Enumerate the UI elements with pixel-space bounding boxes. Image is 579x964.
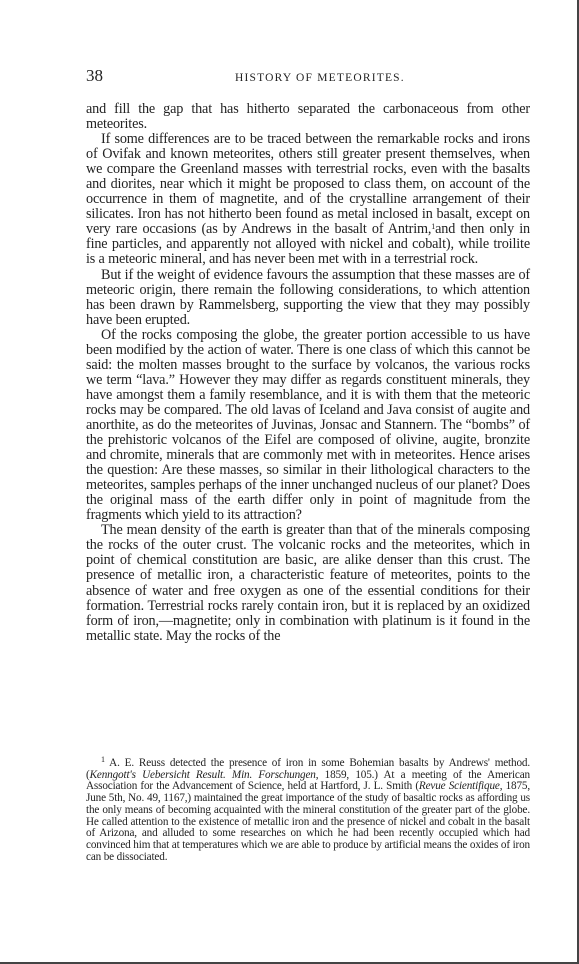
paragraph: The mean density of the earth is greater…: [86, 523, 530, 643]
body-text: and fill the gap that has hitherto separ…: [86, 102, 530, 644]
citation: Kenngott's Uebersicht Result. Min. Forsc…: [90, 769, 316, 781]
footnote: 1 A. E. Reuss detected the presence of i…: [86, 758, 530, 863]
running-head: HISTORY OF METEORITES.: [235, 72, 405, 84]
paragraph: But if the weight of evidence favours th…: [86, 268, 530, 328]
paragraph: If some differences are to be traced bet…: [86, 132, 530, 267]
paragraph: and fill the gap that has hitherto separ…: [86, 102, 530, 132]
footnotes: 1 A. E. Reuss detected the presence of i…: [86, 758, 530, 863]
footnote-text: , 1875, June 5th, No. 49, 1167,) maintai…: [86, 780, 530, 862]
page-number: 38: [86, 66, 103, 86]
page-header: 38 HISTORY OF METEORITES.: [86, 66, 530, 88]
paragraph: Of the rocks composing the globe, the gr…: [86, 328, 530, 524]
citation: Revue Scientifique: [419, 780, 500, 792]
footnote-marker: 1: [101, 755, 105, 764]
